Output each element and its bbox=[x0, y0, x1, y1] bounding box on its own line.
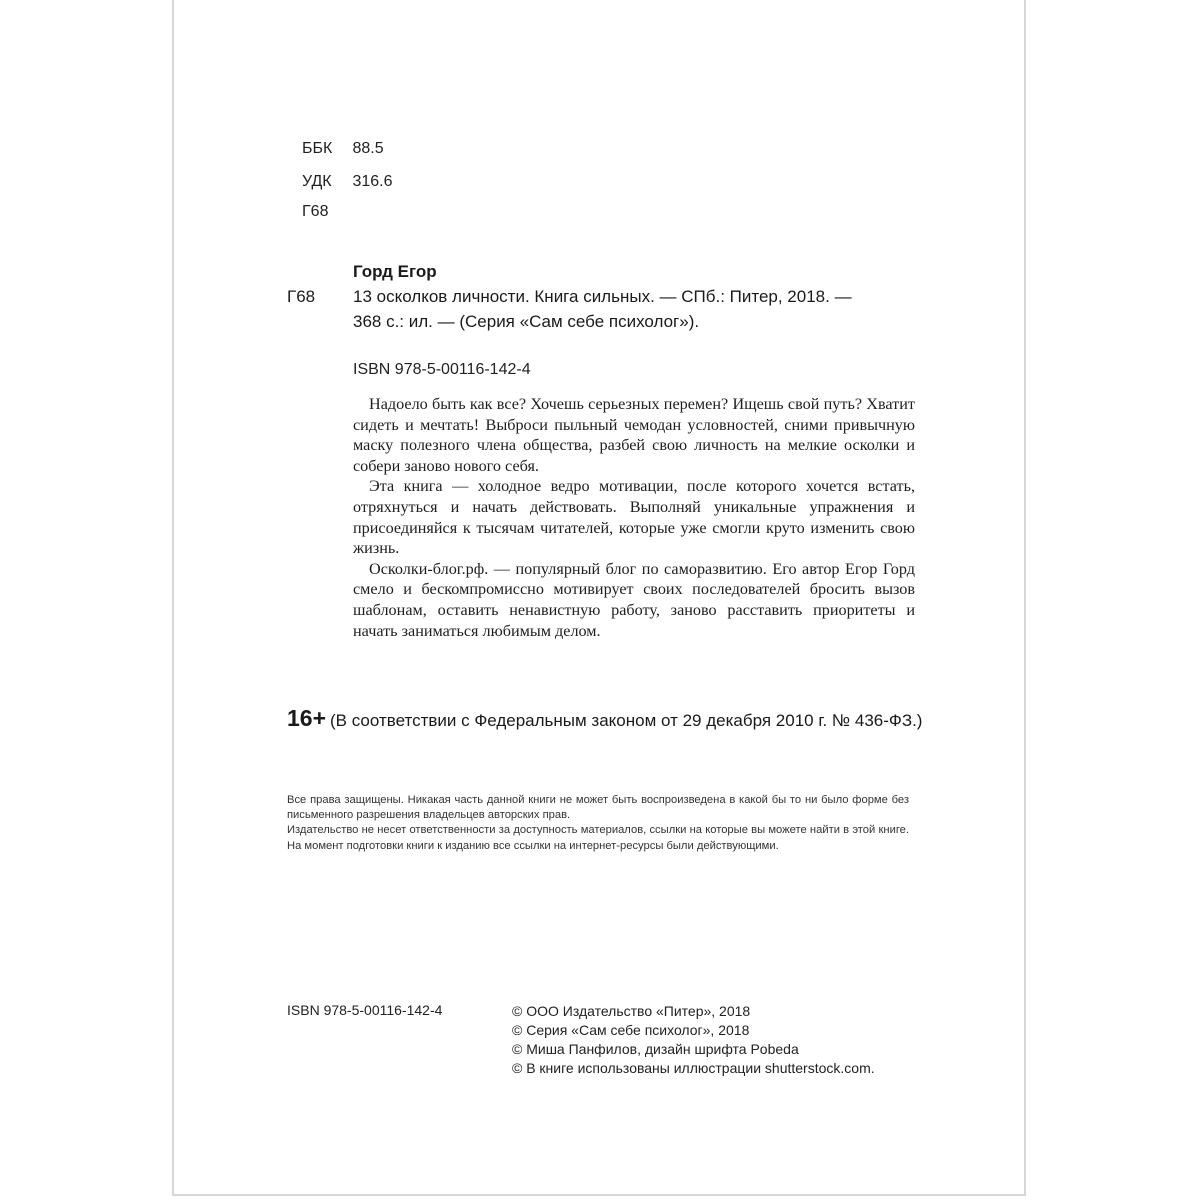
rights-paragraph: Издательство не несет ответственности за… bbox=[287, 823, 909, 853]
rights-paragraph: Все права защищены. Никакая часть данной… bbox=[287, 793, 909, 823]
title-line-1: 13 осколков личности. Книга сильных. — С… bbox=[353, 287, 852, 307]
annotation-paragraph: Осколки-блог.рф. — популярный блог по са… bbox=[353, 559, 915, 641]
side-author-sign: Г68 bbox=[287, 287, 315, 307]
title-line-2: 368 с.: ил. — (Серия «Сам себе психолог»… bbox=[353, 312, 699, 332]
copyright-line: © ООО Издательство «Питер», 2018 bbox=[512, 1002, 875, 1021]
age-rating-text: (В соответствии с Федеральным законом от… bbox=[330, 711, 922, 730]
copyright-line: © В книге использованы иллюстрации shutt… bbox=[512, 1059, 875, 1078]
isbn-top: ISBN 978-5-00116-142-4 bbox=[353, 361, 531, 379]
udk-label: УДК bbox=[302, 173, 348, 191]
rights-notice: Все права защищены. Никакая часть данной… bbox=[287, 793, 909, 854]
annotation-paragraph: Эта книга — холодное ведро мотивации, по… bbox=[353, 476, 915, 558]
copyright-line: © Миша Панфилов, дизайн шрифта Pobeda bbox=[512, 1040, 875, 1059]
annotation: Надоело быть как все? Хочешь серьезных п… bbox=[353, 394, 915, 641]
isbn-bottom: ISBN 978-5-00116-142-4 bbox=[287, 1002, 442, 1018]
bbk-row: ББК 88.5 bbox=[302, 140, 384, 158]
author-sign-row: Г68 bbox=[302, 203, 328, 221]
bbk-label: ББК bbox=[302, 140, 348, 158]
author-sign: Г68 bbox=[302, 203, 328, 220]
author-name: Горд Егор bbox=[353, 262, 437, 282]
copyright-list: © ООО Издательство «Питер», 2018 © Серия… bbox=[512, 1002, 875, 1078]
copyright-line: © Серия «Сам себе психолог», 2018 bbox=[512, 1021, 875, 1040]
annotation-paragraph: Надоело быть как все? Хочешь серьезных п… bbox=[353, 394, 915, 476]
udk-value: 316.6 bbox=[352, 173, 392, 190]
age-rating-badge: 16+ bbox=[287, 705, 326, 731]
udk-row: УДК 316.6 bbox=[302, 173, 393, 191]
bbk-value: 88.5 bbox=[352, 140, 383, 157]
age-rating: 16+(В соответствии с Федеральным законом… bbox=[287, 706, 927, 733]
